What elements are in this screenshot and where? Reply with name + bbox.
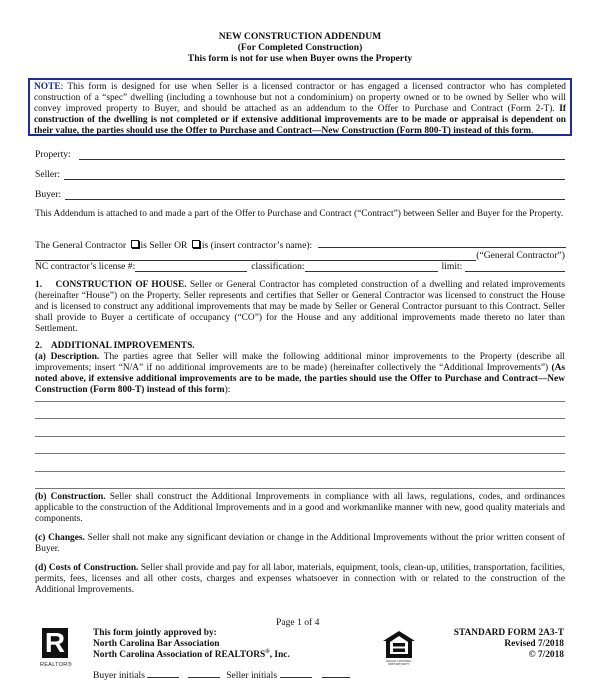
section-2d: (d) Costs of Construction. Seller shall …: [35, 563, 565, 596]
approver-org-2-suffix: , Inc.: [270, 650, 290, 660]
realtor-logo-word: REALTOR®: [40, 660, 72, 671]
gc-other-checkbox[interactable]: [192, 240, 200, 248]
section-2-title: 2. ADDITIONAL IMPROVEMENTS.: [35, 341, 195, 351]
section-2a-text: The parties agree that Seller will make …: [35, 352, 565, 373]
form-revised: Revised 7/2018: [504, 639, 564, 650]
note-box: NOTE: This form is designed for use when…: [28, 78, 572, 136]
contractor-name-input[interactable]: [318, 239, 566, 248]
form-number: STANDARD FORM 2A3-T: [454, 628, 564, 639]
section-2-heading: 2. ADDITIONAL IMPROVEMENTS.: [35, 341, 565, 352]
addendum-statement: This Addendum is attached to and made a …: [35, 209, 565, 220]
initials-row: Buyer initials Seller initials: [93, 669, 350, 681]
seller-label: Seller:: [35, 169, 60, 180]
section-2b-text: Seller shall construct the Additional Im…: [35, 492, 565, 524]
license-label: NC contractor’s license #:: [35, 261, 135, 272]
buyer-initials-label: Buyer initials: [93, 670, 145, 681]
note-end: .: [531, 126, 533, 136]
section-1-heading: 1. CONSTRUCTION OF HOUSE.: [35, 280, 187, 290]
description-line-2[interactable]: [35, 418, 565, 419]
property-label: Property:: [35, 149, 71, 160]
gc-suffix: (“General Contractor”): [476, 250, 565, 261]
seller-initials-2[interactable]: [322, 669, 350, 678]
section-2c-text: Seller shall not make any significant de…: [35, 533, 565, 554]
property-field: Property:: [35, 149, 565, 160]
equal-housing-opportunity-icon: [381, 630, 417, 660]
section-2a-end: ):: [225, 385, 231, 395]
buyer-initials-1[interactable]: [147, 669, 179, 678]
eho-caption: EQUAL HOUSING OPPORTUNITY: [381, 660, 417, 666]
property-input[interactable]: [79, 150, 565, 160]
form-notice: This form is not for use when Buyer owns…: [0, 53, 600, 64]
seller-input[interactable]: [64, 170, 565, 180]
classification-label: classification:: [251, 261, 304, 272]
license-input[interactable]: [135, 263, 247, 272]
section-2a: (a) Description. The parties agree that …: [35, 352, 565, 396]
form-copyright: © 7/2018: [529, 650, 564, 661]
classification-input[interactable]: [305, 263, 438, 272]
limit-input[interactable]: [465, 263, 565, 272]
approver-org-2: North Carolina Association of REALTORS®,…: [93, 650, 290, 661]
note-label: NOTE: [34, 82, 61, 92]
buyer-field: Buyer:: [35, 189, 565, 200]
description-line-5[interactable]: [35, 471, 565, 472]
description-line-3[interactable]: [35, 436, 565, 437]
section-2a-label: (a) Description.: [35, 352, 99, 362]
seller-initials-label: Seller initials: [226, 670, 277, 681]
form-title: NEW CONSTRUCTION ADDENDUM: [0, 31, 600, 42]
gc-seller-checkbox[interactable]: [131, 240, 139, 248]
contractor-name-input-2[interactable]: [35, 251, 476, 261]
buyer-input[interactable]: [65, 190, 565, 200]
section-1: 1. CONSTRUCTION OF HOUSE. Seller or Gene…: [35, 280, 565, 335]
page-number: Page 1 of 4: [276, 617, 319, 628]
realtor-logo-letter: R: [42, 628, 68, 658]
seller-initials-1[interactable]: [280, 669, 312, 678]
realtor-logo-icon: R: [42, 628, 68, 658]
section-2b-label: (b) Construction.: [35, 492, 106, 502]
section-2b: (b) Construction. Seller shall construct…: [35, 492, 565, 525]
limit-label: limit:: [442, 261, 463, 272]
section-2c-label: (c) Changes.: [35, 533, 85, 543]
form-subtitle: (For Completed Construction): [0, 42, 600, 53]
approver-org-1: North Carolina Bar Association: [93, 639, 219, 650]
description-line-1[interactable]: [35, 401, 565, 402]
section-2d-label: (d) Costs of Construction.: [35, 563, 138, 573]
gc-name-line2: (“General Contractor”): [35, 250, 565, 261]
buyer-initials-2[interactable]: [188, 669, 220, 678]
approver-org-2-name: North Carolina Association of REALTORS: [93, 650, 265, 660]
section-2c: (c) Changes. Seller shall not make any s…: [35, 533, 565, 555]
license-row: NC contractor’s license #: classificatio…: [35, 261, 565, 272]
buyer-label: Buyer:: [35, 189, 61, 200]
note-text: : This form is designed for use when Sel…: [34, 82, 566, 114]
approved-by-label: This form jointly approved by:: [93, 628, 217, 639]
description-line-6[interactable]: [35, 488, 565, 489]
description-line-4[interactable]: [35, 453, 565, 454]
seller-field: Seller:: [35, 169, 565, 180]
